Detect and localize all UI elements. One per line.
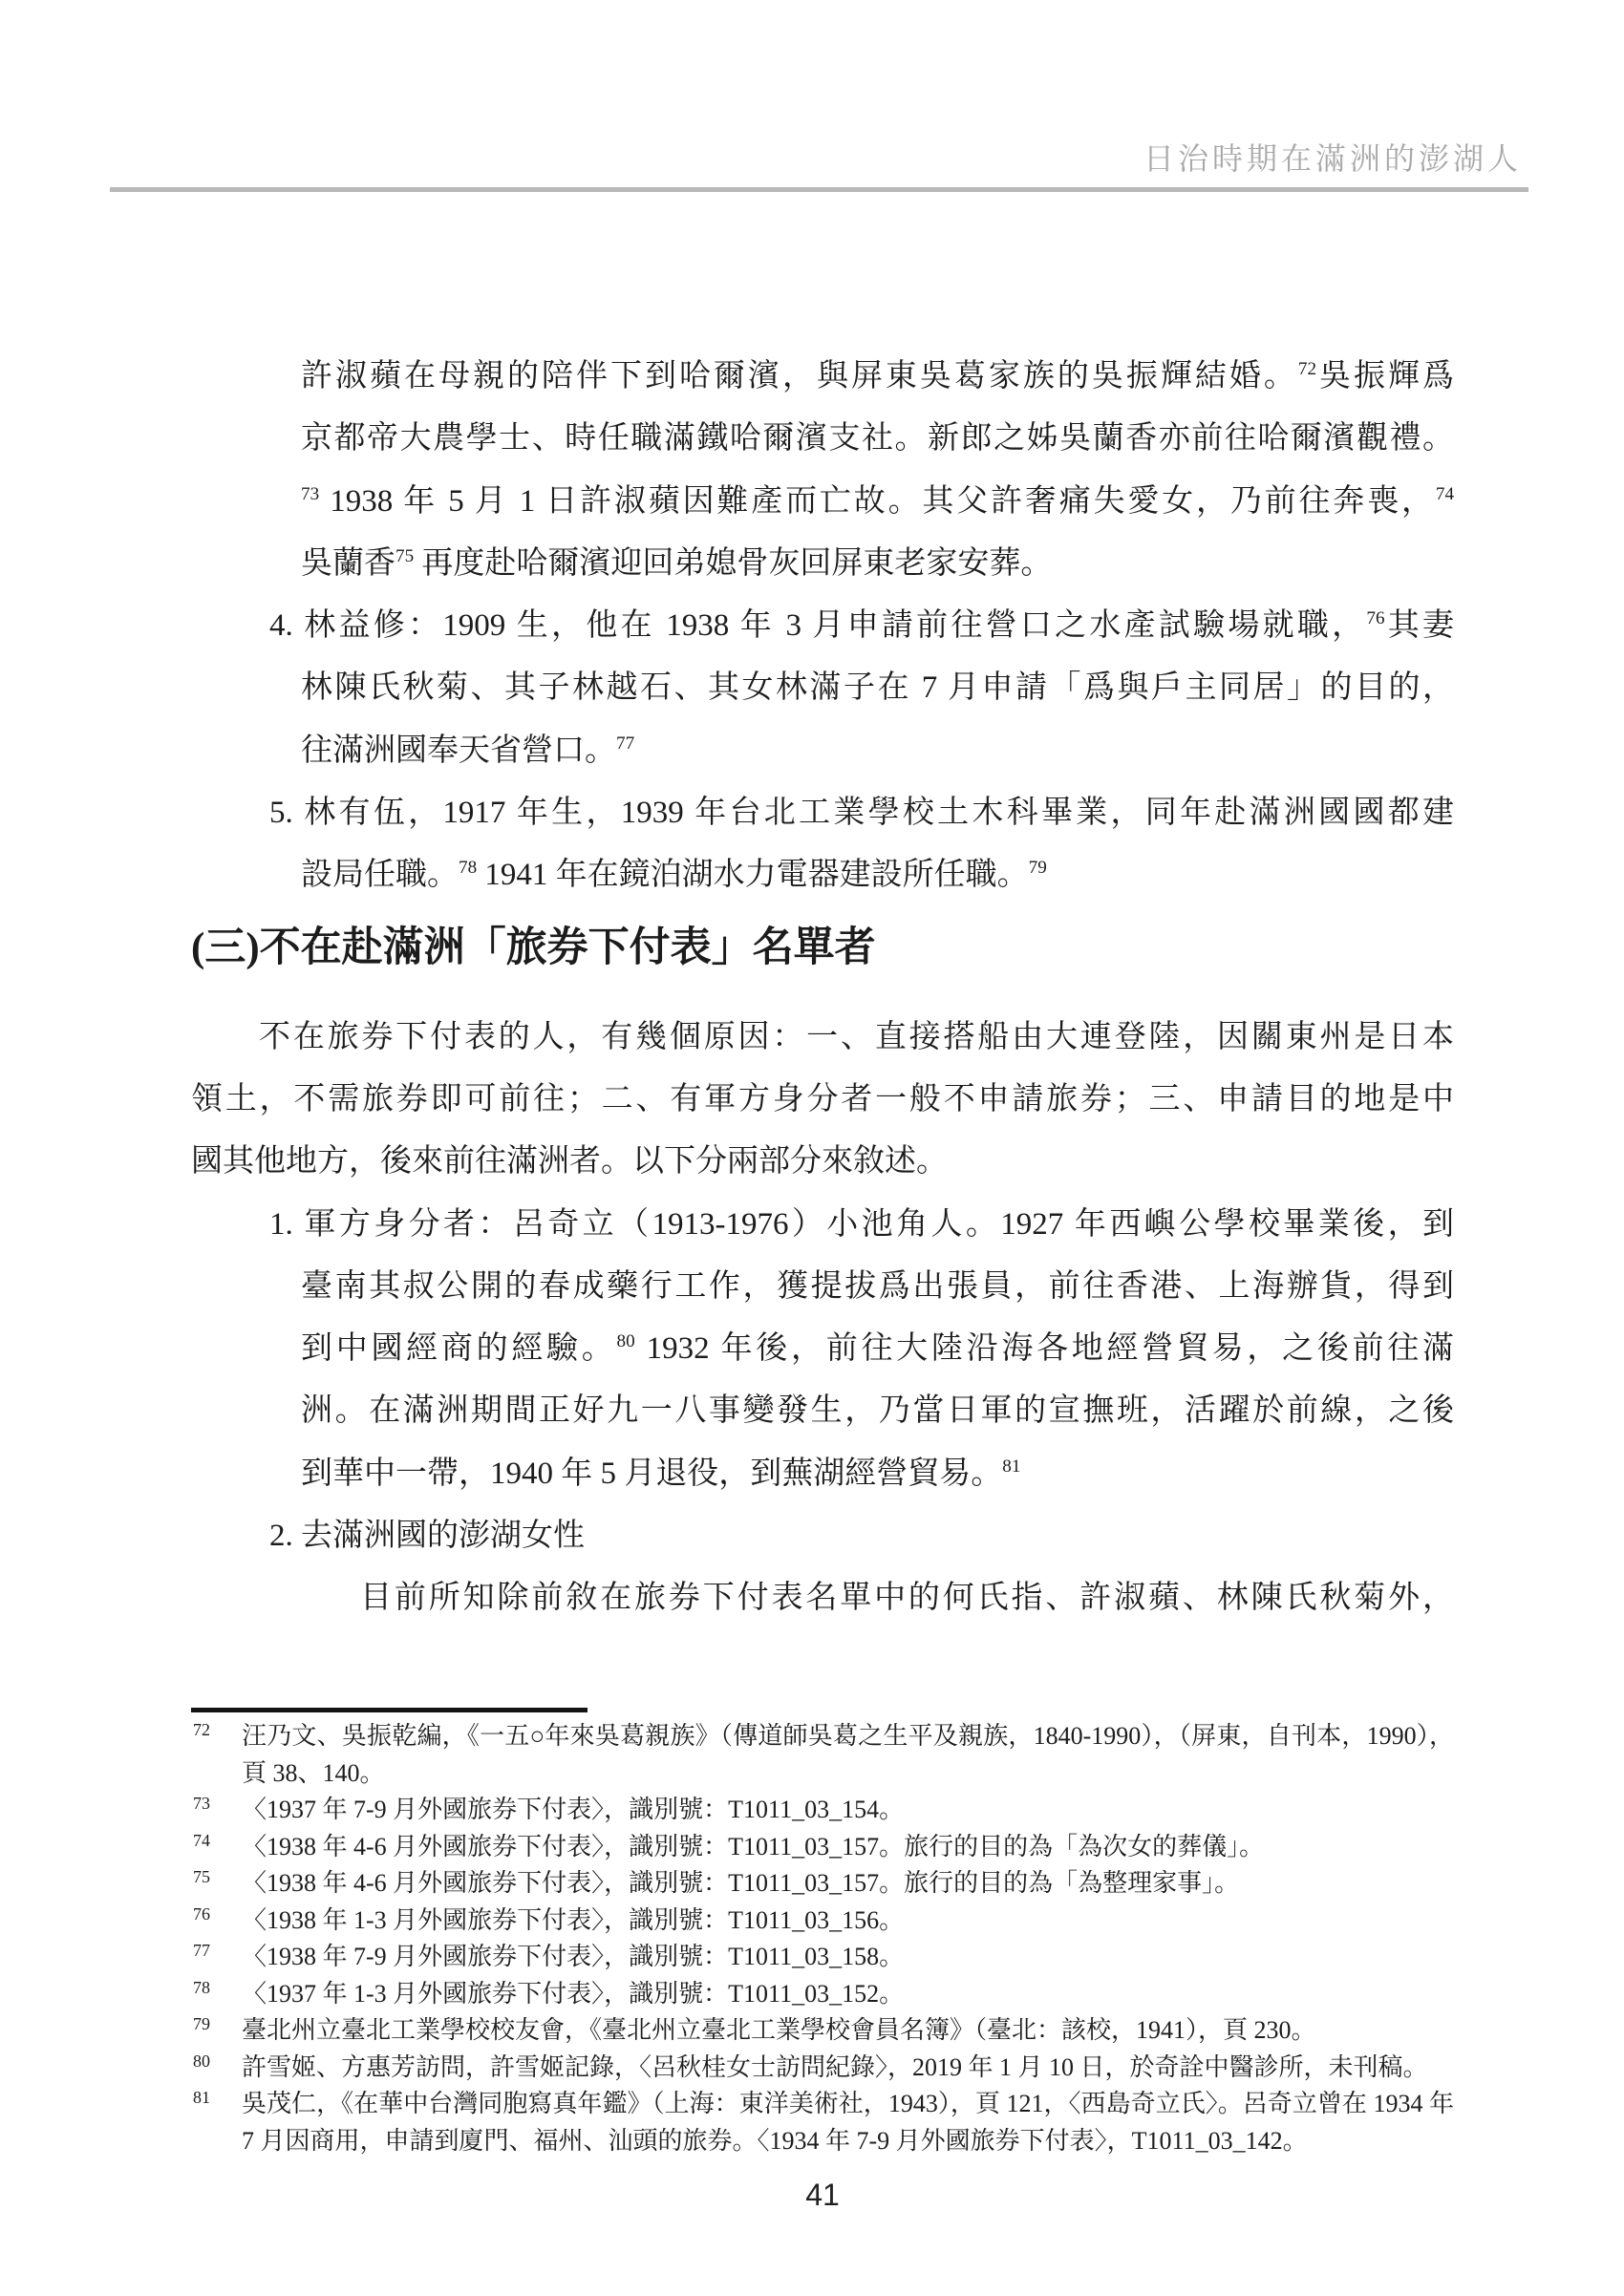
footnote-text: 〈1938 年 4-6 月外國旅券下付表〉，識別號：T1011_03_157。旅… [242, 1869, 1239, 1897]
footnote-item: 74 〈1938 年 4-6 月外國旅券下付表〉，識別號：T1011_03_15… [191, 1829, 1454, 1866]
footnote-text: 臺北州立臺北工業學校校友會，《臺北州立臺北工業學校會員名簿》（臺北：該校，194… [242, 2016, 1316, 2044]
footnote-item: 75 〈1938 年 4-6 月外國旅券下付表〉，識別號：T1011_03_15… [191, 1865, 1454, 1903]
footnote-separator [191, 1708, 588, 1712]
document-page: 日治時期在滿洲的澎湖人 許淑蘋在母親的陪伴下到哈爾濱，與屏東吳葛家族的吳振輝結婚… [0, 0, 1624, 2296]
footnote-number: 77 [193, 1942, 210, 1959]
footnote-item: 72 汪乃文、吳振乾編，《一五○年來吳葛親族》（傳道師吳葛之生平及親族，1840… [191, 1718, 1454, 1792]
footnote-number: 73 [193, 1795, 210, 1812]
footnote-text: 吳茂仁，《在華中台灣同胞寫真年鑑》（上海：東洋美術社，1943），頁 121，〈… [242, 2090, 1454, 2155]
footnote-text: 〈1938 年 7-9 月外國旅券下付表〉，識別號：T1011_03_158。 [242, 1943, 904, 1970]
footnote-text: 〈1938 年 4-6 月外國旅券下付表〉，識別號：T1011_03_157。旅… [242, 1833, 1264, 1860]
footnote-list: 72 汪乃文、吳振乾編，《一五○年來吳葛親族》（傳道師吳葛之生平及親族，1840… [191, 1718, 1454, 2159]
footnote-text: 〈1937 年 1-3 月外國旅券下付表〉，識別號：T1011_03_152。 [242, 1980, 904, 2008]
body-line: 臺南其叔公開的春成藥行工作，獲提拔爲出張員，前往香港、上海辦貨，得到 [191, 1256, 1454, 1318]
body-line: 73 1938 年 5 月 1 日許淑蘋因難產而亡故。其父許奢痛失愛女，乃前往奔… [191, 471, 1454, 533]
body-line: 林陳氏秋菊、其子林越石、其女林滿子在 7 月申請「爲與戶主同居」的目的， [191, 657, 1454, 719]
header-rule [110, 187, 1528, 192]
footnote-number: 81 [193, 2089, 210, 2106]
body-line: 領土，不需旅券即可前往；二、有軍方身分者一般不申請旅券；三、申請目的地是中 [191, 1069, 1454, 1131]
footnote-item: 79 臺北州立臺北工業學校校友會，《臺北州立臺北工業學校會員名簿》（臺北：該校，… [191, 2012, 1454, 2050]
body-line: 洲。在滿洲期間正好九一八事變發生，乃當日軍的宣撫班，活躍於前線，之後 [191, 1380, 1454, 1442]
footnote-item: 78 〈1937 年 1-3 月外國旅券下付表〉，識別號：T1011_03_15… [191, 1976, 1454, 2013]
footnote-text: 〈1937 年 7-9 月外國旅券下付表〉，識別號：T1011_03_154。 [242, 1796, 904, 1823]
running-header: 日治時期在滿洲的澎湖人 [1143, 139, 1522, 178]
body-line: 目前所知除前敘在旅券下付表名單中的何氏指、許淑蘋、林陳氏秋菊外， [191, 1567, 1454, 1629]
body-line: 京都帝大農學士、時任職滿鐵哈爾濱支社。新郎之姊吳蘭香亦前往哈爾濱觀禮。 [191, 408, 1454, 470]
footnote-text: 汪乃文、吳振乾編，《一五○年來吳葛親族》（傳道師吳葛之生平及親族，1840-19… [242, 1722, 1454, 1787]
body-line: 不在旅券下付表的人，有幾個原因：一、直接搭船由大連登陸，因關東州是日本 [191, 1007, 1454, 1069]
footnote-text: 〈1938 年 1-3 月外國旅券下付表〉，識別號：T1011_03_156。 [242, 1906, 904, 1934]
footnote-number: 80 [193, 2052, 210, 2070]
body-line: 設局任職。78 1941 年在鏡泊湖水力電器建設所任職。79 [191, 844, 1454, 906]
body-line: 國其他地方，後來前往滿洲者。以下分兩部分來敘述。 [191, 1131, 1454, 1193]
body-line: 往滿洲國奉天省營口。77 [191, 720, 1454, 782]
body-line: 到華中一帶，1940 年 5 月退役，到蕪湖經營貿易。81 [191, 1443, 1454, 1505]
body-line: 5. 林有伍，1917 年生，1939 年台北工業學校土木科畢業，同年赴滿洲國國… [191, 782, 1454, 844]
footnote-item: 81 吳茂仁，《在華中台灣同胞寫真年鑑》（上海：東洋美術社，1943），頁 12… [191, 2086, 1454, 2159]
footnote-number: 74 [193, 1832, 210, 1849]
body-line: 2. 去滿洲國的澎湖女性 [191, 1505, 1454, 1567]
body-line: 4. 林益修：1909 生，他在 1938 年 3 月申請前往營口之水產試驗場就… [191, 595, 1454, 657]
footnote-number: 79 [193, 2015, 210, 2032]
footnote-number: 72 [193, 1721, 210, 1738]
footnote-number: 76 [193, 1905, 210, 1923]
footnote-number: 75 [193, 1868, 210, 1885]
body-line: 許淑蘋在母親的陪伴下到哈爾濱，與屏東吳葛家族的吳振輝結婚。72吳振輝爲 [191, 346, 1454, 408]
body-text: 許淑蘋在母親的陪伴下到哈爾濱，與屏東吳葛家族的吳振輝結婚。72吳振輝爲 京都帝大… [191, 346, 1454, 1630]
footnote-item: 76 〈1938 年 1-3 月外國旅券下付表〉，識別號：T1011_03_15… [191, 1903, 1454, 1940]
body-line: 1. 軍方身分者：呂奇立（1913-1976）小池角人。1927 年西嶼公學校畢… [191, 1194, 1454, 1256]
section-heading: (三)不在赴滿洲「旅券下付表」名單者 [191, 919, 1454, 978]
footnote-number: 78 [193, 1979, 210, 1996]
footnote-item: 80 許雪姬、方惠芳訪問，許雪姬記錄，〈呂秋桂女士訪問紀錄〉，2019 年 1 … [191, 2050, 1454, 2087]
footnote-item: 73 〈1937 年 7-9 月外國旅券下付表〉，識別號：T1011_03_15… [191, 1792, 1454, 1829]
body-line: 吳蘭香75 再度赴哈爾濱迎回弟媳骨灰回屏東老家安葬。 [191, 533, 1454, 595]
footnote-text: 許雪姬、方惠芳訪問，許雪姬記錄，〈呂秋桂女士訪問紀錄〉，2019 年 1 月 1… [242, 2053, 1428, 2081]
page-number: 41 [191, 2178, 1454, 2213]
footnote-item: 77 〈1938 年 7-9 月外國旅券下付表〉，識別號：T1011_03_15… [191, 1939, 1454, 1976]
body-line: 到中國經商的經驗。80 1932 年後，前往大陸沿海各地經營貿易，之後前往滿 [191, 1318, 1454, 1380]
